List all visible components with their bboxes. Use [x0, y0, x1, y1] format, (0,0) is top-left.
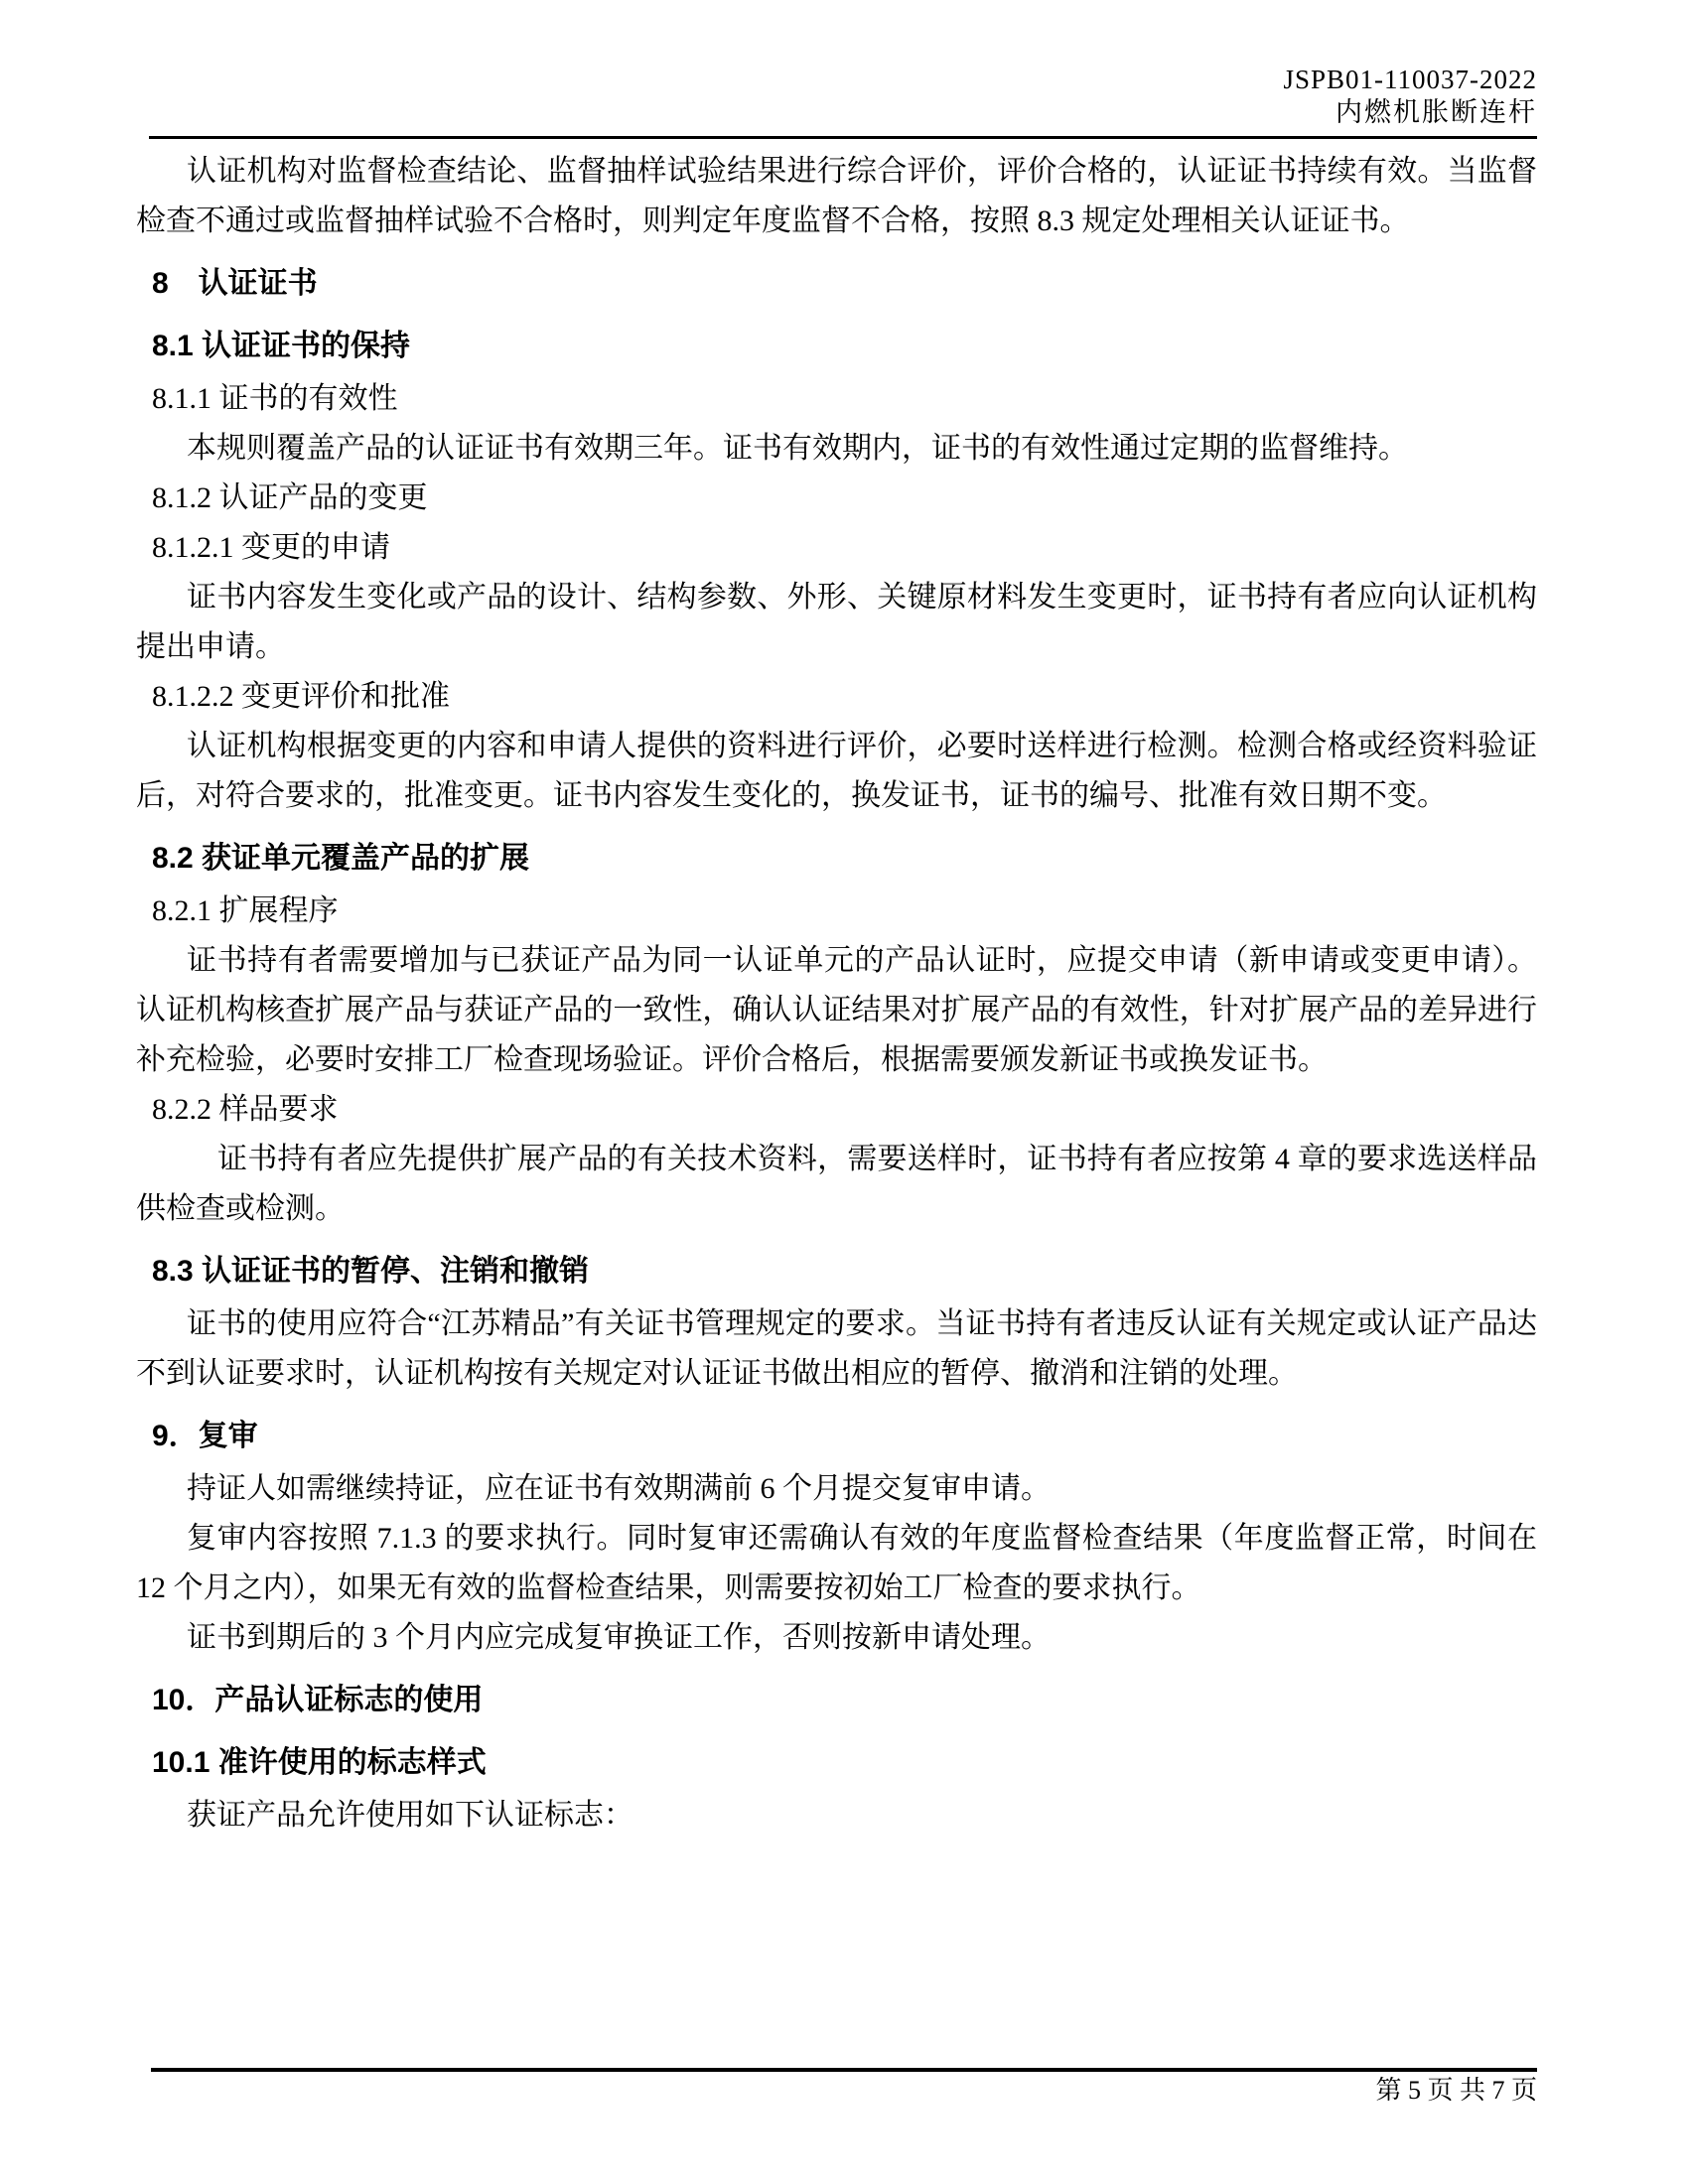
- paragraph-8-2-2: 证书持有者应先提供扩展产品的有关技术资料，需要送样时，证书持有者应按第 4 章的…: [136, 1135, 1537, 1234]
- document-body: 认证机构对监督检查结论、监督抽样试验结果进行综合评价，评价合格的，认证证书持续有…: [136, 147, 1537, 1841]
- heading-8-1: 8.1 认证证书的保持: [152, 322, 1537, 371]
- paragraph-8-2-1: 证书持有者需要增加与已获证产品为同一认证单元的产品认证时，应提交申请（新申请或变…: [136, 936, 1537, 1085]
- paragraph-supervision-evaluation: 认证机构对监督检查结论、监督抽样试验结果进行综合评价，评价合格的，认证证书持续有…: [136, 147, 1537, 246]
- header-doc-code: JSPB01-110037-2022: [149, 64, 1537, 96]
- heading-8-1-2-2: 8.1.2.2 变更评价和批准: [152, 672, 1537, 722]
- page-header: JSPB01-110037-2022 内燃机胀断连杆: [149, 64, 1537, 139]
- paragraph-8-1-2-2: 认证机构根据变更的内容和申请人提供的资料进行评价，必要时送样进行检测。检测合格或…: [136, 722, 1537, 821]
- heading-8-1-1: 8.1.1 证书的有效性: [152, 374, 1537, 424]
- heading-8-1-2: 8.1.2 认证产品的变更: [152, 474, 1537, 523]
- heading-10-1: 10.1 准许使用的标志样式: [152, 1738, 1537, 1788]
- heading-8-2-2: 8.2.2 样品要求: [152, 1085, 1537, 1135]
- heading-10: 10．产品认证标志的使用: [152, 1676, 1537, 1725]
- paragraph-8-1-1: 本规则覆盖产品的认证证书有效期三年。证书有效期内，证书的有效性通过定期的监督维持…: [136, 424, 1537, 474]
- footer-page-number: 第 5 页 共 7 页: [151, 2075, 1537, 2107]
- paragraph-9-2: 复审内容按照 7.1.3 的要求执行。同时复审还需确认有效的年度监督检查结果（年…: [136, 1514, 1537, 1613]
- heading-8-3: 8.3 认证证书的暂停、注销和撤销: [152, 1247, 1537, 1297]
- paragraph-9-1: 持证人如需继续持证，应在证书有效期满前 6 个月提交复审申请。: [136, 1464, 1537, 1514]
- paragraph-9-3: 证书到期后的 3 个月内应完成复审换证工作，否则按新申请处理。: [136, 1613, 1537, 1663]
- heading-8-2: 8.2 获证单元覆盖产品的扩展: [152, 834, 1537, 884]
- heading-8: 8 认证证书: [152, 259, 1537, 309]
- document-page: JSPB01-110037-2022 内燃机胀断连杆 认证机构对监督检查结论、监…: [0, 0, 1688, 2184]
- heading-8-2-1: 8.2.1 扩展程序: [152, 887, 1537, 936]
- paragraph-8-3: 证书的使用应符合“江苏精品”有关证书管理规定的要求。当证书持有者违反认证有关规定…: [136, 1299, 1537, 1399]
- heading-8-1-2-1: 8.1.2.1 变更的申请: [152, 523, 1537, 573]
- page-footer: 第 5 页 共 7 页: [151, 2068, 1537, 2107]
- paragraph-10-1: 获证产品允许使用如下认证标志：: [136, 1791, 1537, 1841]
- header-doc-title: 内燃机胀断连杆: [149, 96, 1537, 129]
- heading-9: 9．复审: [152, 1412, 1537, 1461]
- paragraph-8-1-2-1: 证书内容发生变化或产品的设计、结构参数、外形、关键原材料发生变更时，证书持有者应…: [136, 573, 1537, 672]
